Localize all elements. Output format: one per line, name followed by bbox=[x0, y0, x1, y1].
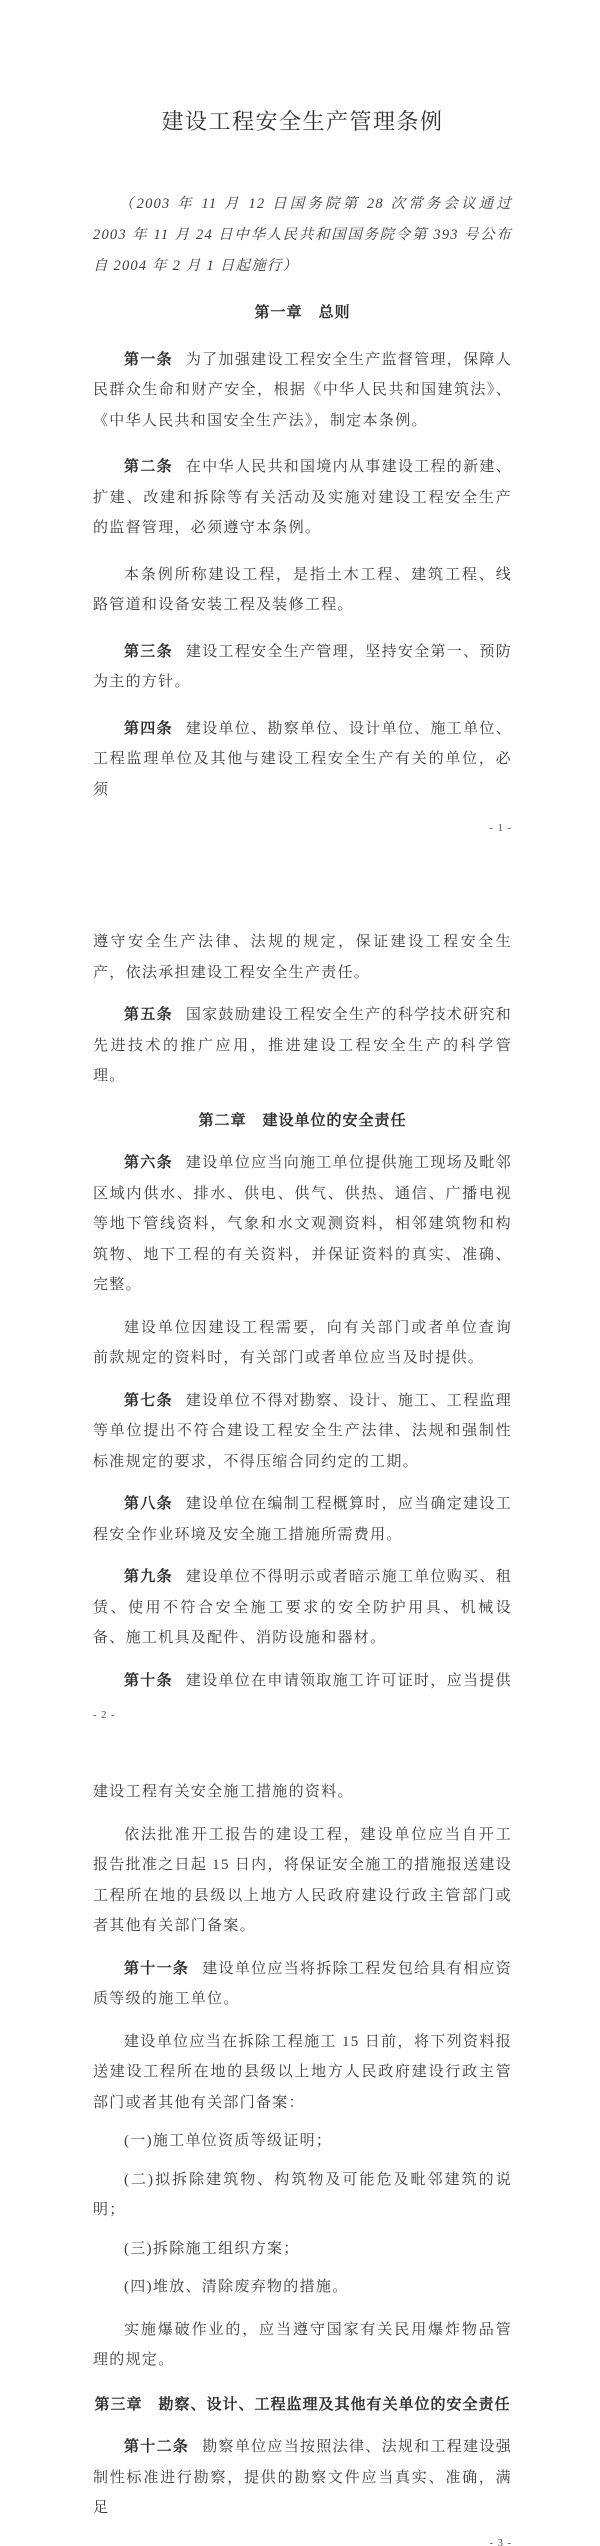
article-3-number: 第三条 bbox=[124, 644, 173, 660]
article-7-number: 第七条 bbox=[124, 1393, 173, 1409]
article-12: 第十二条勘察单位应当按照法律、法规和工程建设强制性标准进行勘察，提供的勘察文件应… bbox=[93, 2432, 512, 2524]
document-page-2: 遵守安全生产法律、法规的规定，保证建设工程安全生产，依法承担建设工程安全生产责任… bbox=[0, 927, 600, 1723]
document-page-3: 建设工程有关安全施工措施的资料。 依法批准开工报告的建设工程，建设单位应当自开工… bbox=[0, 1777, 600, 2546]
article-6: 第六条建设单位应当向施工单位提供施工现场及毗邻区域内供水、排水、供电、供气、供热… bbox=[93, 1148, 512, 1301]
list-item-2: (二)拟拆除建筑物、构筑物及可能危及毗邻建筑的说明； bbox=[93, 2165, 512, 2226]
preamble: （2003 年 11 月 12 日国务院第 28 次常务会议通过 2003 年 … bbox=[93, 189, 512, 282]
document-canvas: { "doc": { "title": "建设工程安全生产管理条例", "pre… bbox=[0, 0, 600, 2546]
article-9-number: 第九条 bbox=[124, 1569, 173, 1585]
list-item-3: (三)拆除施工组织方案； bbox=[93, 2234, 512, 2265]
chapter-3-heading: 第三章 勘察、设计、工程监理及其他有关单位的安全责任 bbox=[93, 2390, 512, 2421]
page-number-1: - 1 - bbox=[93, 821, 512, 836]
article-2: 第二条在中华人民共和国境内从事建设工程的新建、扩建、改建和拆除等有关活动及实施对… bbox=[93, 452, 512, 544]
article-2-paragraph-2: 本条例所称建设工程，是指土木工程、建筑工程、线路管道和设备安装工程及装修工程。 bbox=[93, 560, 512, 621]
article-6-paragraph-2: 建设单位因建设工程需要，向有关部门或者单位查询前款规定的资料时，有关部门或者单位… bbox=[93, 1313, 512, 1374]
page-number-3: - 3 - bbox=[93, 2536, 512, 2546]
article-10-paragraph-2: 依法批准开工报告的建设工程，建设单位应当自开工报告批准之日起 15 日内，将保证… bbox=[93, 1820, 512, 1942]
article-2-number: 第二条 bbox=[124, 459, 173, 475]
article-5-number: 第五条 bbox=[124, 1007, 173, 1023]
article-1: 第一条为了加强建设工程安全生产监督管理，保障人民群众生命和财产安全，根据《中华人… bbox=[93, 345, 512, 437]
document-page-1: 建设工程安全生产管理条例 （2003 年 11 月 12 日国务院第 28 次常… bbox=[0, 105, 600, 836]
article-10-text: 建设单位在申请领取施工许可证时，应当提供 bbox=[186, 1673, 512, 1689]
article-11: 第十一条建设单位应当将拆除工程发包给具有相应资质等级的施工单位。 bbox=[93, 1954, 512, 2015]
article-1-number: 第一条 bbox=[124, 352, 173, 368]
article-5: 第五条国家鼓励建设工程安全生产的科学技术研究和先进技术的推广应用，推进建设工程安… bbox=[93, 1000, 512, 1092]
article-11-number: 第十一条 bbox=[124, 1961, 189, 1977]
article-3: 第三条建设工程安全生产管理，坚持安全第一、预防为主的方针。 bbox=[93, 637, 512, 698]
article-12-number: 第十二条 bbox=[124, 2439, 189, 2455]
article-10: 第十条建设单位在申请领取施工许可证时，应当提供 bbox=[93, 1666, 512, 1697]
article-8: 第八条建设单位在编制工程概算时，应当确定建设工程安全作业环境及安全施工措施所需费… bbox=[93, 1489, 512, 1550]
list-item-1: (一)施工单位资质等级证明； bbox=[93, 2126, 512, 2157]
chapter-2-heading: 第二章 建设单位的安全责任 bbox=[93, 1106, 512, 1137]
article-11-paragraph-2: 建设单位应当在拆除工程施工 15 日前，将下列资料报送建设工程所在地的县级以上地… bbox=[93, 2027, 512, 2119]
article-6-number: 第六条 bbox=[124, 1155, 173, 1171]
article-7: 第七条建设单位不得对勘察、设计、施工、工程监理等单位提出不符合建设工程安全生产法… bbox=[93, 1386, 512, 1478]
article-4-continuation: 遵守安全生产法律、法规的规定，保证建设工程安全生产，依法承担建设工程安全生产责任… bbox=[93, 927, 512, 988]
article-10-number: 第十条 bbox=[124, 1673, 173, 1689]
chapter-1-heading: 第一章 总则 bbox=[93, 298, 512, 329]
article-10-continuation: 建设工程有关安全施工措施的资料。 bbox=[93, 1777, 512, 1808]
page-number-2: - 2 - bbox=[93, 1708, 512, 1723]
article-9: 第九条建设单位不得明示或者暗示施工单位购买、租赁、使用不符合安全施工要求的安全防… bbox=[93, 1562, 512, 1654]
document-title: 建设工程安全生产管理条例 bbox=[93, 105, 512, 139]
article-6-text: 建设单位应当向施工单位提供施工现场及毗邻区域内供水、排水、供电、供气、供热、通信… bbox=[93, 1155, 512, 1293]
article-4-number: 第四条 bbox=[124, 721, 173, 737]
article-11-paragraph-3: 实施爆破作业的，应当遵守国家有关民用爆炸物品管理的规定。 bbox=[93, 2315, 512, 2376]
list-item-4: (四)堆放、清除废弃物的措施。 bbox=[93, 2272, 512, 2303]
article-4: 第四条建设单位、勘察单位、设计单位、施工单位、工程监理单位及其他与建设工程安全生… bbox=[93, 714, 512, 806]
article-8-number: 第八条 bbox=[124, 1496, 173, 1512]
